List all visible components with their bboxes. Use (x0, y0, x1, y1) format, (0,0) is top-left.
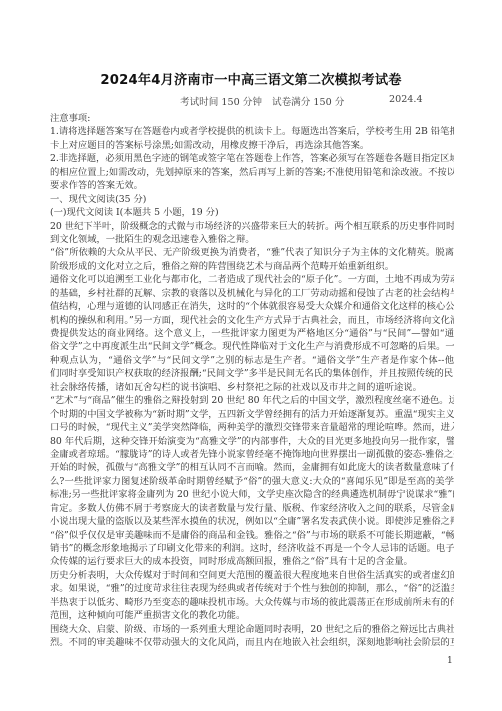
document-page: 2024年4月济南市一中高三语文第二次模拟考试卷 考试时间 150 分钟 试卷满… (0, 0, 502, 711)
text-line: “俗”似乎仅仅是审美趣味而不是庸俗的商品和金钱。雅俗之“俗”与市场的联系不可能长… (50, 529, 454, 542)
text-line: (一)现代文阅读 I(本题共 5 小题，19 分) (50, 206, 454, 219)
text-line: 2.非选择题，必须用黑色字迹的钢笔或签字笔在答题卷上作答，答案必须写在答题卷各题… (50, 152, 454, 165)
text-line: 费提供发达的商业网络。这个意义上，一些批评家力图更为严格地区分“通俗”与“民间”… (50, 327, 454, 340)
text-line: 口号的时候，“现代主义”美学突然降临，两种美学的激烈交锋带来音量超常的理论喧哗。… (50, 421, 454, 434)
exam-duration: 考试时间 150 分钟 (180, 94, 262, 108)
text-line: 80 年代后期，这种交锋开始演变为“高雅文学”的内部事件，大众的目光更多地投向另… (50, 435, 454, 448)
text-line: 半热衷于以低劣、畸形乃至变态的趣味投机市场。大众传媒与市场的彼此震荡正在形成前所… (50, 596, 454, 609)
page-number: 1 (447, 656, 453, 666)
text-line: 历史分析表明，大众传媒对于时间和空间更大范围的覆盖很大程度地来自世俗生活真实的或… (50, 569, 454, 582)
text-line: 到文化领域，一批陌生的观念迅速卷入雅俗之辩。 (50, 233, 454, 246)
text-line: 们同时享受知识产权获取的经济报酬;“民间文学”多半是民间无名氏的集体创作，并且按… (50, 367, 454, 380)
text-line: 么?一些批评家力图复述阶级革命时期曾经赋予“俗”的强大意义:大众的“喜闻乐见”即… (50, 475, 454, 488)
exam-date: 2024.4 (389, 94, 423, 105)
text-line: 围绕大众、启蒙、阶级、市场的一系列重大理论命题同时表明，20 世纪之后的雅俗之辩… (50, 623, 454, 636)
text-line: 注意事项: (50, 112, 454, 125)
document-body: 注意事项:1.请将选择题答案写在答题卷内或者学校提供的机读卡上。每题选出答案后，… (50, 112, 454, 650)
text-line: 通俗文化可以追溯至工业化与都市化，二者造成了现代社会的“原子化”。一方面，土地不… (50, 273, 454, 286)
text-line: 的基础，乡村社群的瓦解、宗教的衰落以及机械化与异化的工厂劳动动摇和侵蚀了古老的社… (50, 287, 454, 300)
text-line: 种观点认为，“通俗文学”与“民间文学”之别的标志是生产者。“通俗文学”生产者是作… (50, 354, 454, 367)
text-line: 俗文学”之中再度派生出“民间文学”概念。现代性降临对于文化生产与消费形成不可忽略… (50, 340, 454, 353)
text-line: 阶级形成的文化对立之后，雅俗之辩的阵营围绕艺术与商品两个范畴开始重新组织。 (50, 260, 454, 273)
text-line: 社会脉络传播，诸如瓦舍勾栏的说书演唱、乡村祭祀之际的社戏以及市井之间的道听途说。 (50, 381, 454, 394)
exam-total-score: 试卷满分 150 分 (272, 94, 344, 108)
text-line: 一、现代文阅读(35 分) (50, 193, 454, 206)
text-line: 肯定。多数人仿佛不屑于考察庞大的读者数量与发行量、版税、作家经济收入之间的联系，… (50, 502, 454, 515)
text-line: 小说出现大量的盗版以及某些浑水摸鱼的状况，例如以“全庸”署名发表武侠小说。即使涉… (50, 515, 454, 528)
text-line: 众传媒的运行要求巨大的成本投资，同时形成高额回报，雅俗之“俗”具有十足的含金量。 (50, 555, 454, 568)
text-line: 机构的操纵和利用。”另一方面，现代社会的文化生产方式异于古典社会，而且，市场经济… (50, 314, 454, 327)
text-line: 金庸或者琼瑶。“朦胧诗”的诗人或者先锋小说家曾经毫不掩饰地向世界摆出一副孤傲的姿… (50, 448, 454, 461)
text-line: 开始的时候，孤傲与“高雅文学”的相互认同不言而喻。然而，金庸拥有如此庞大的读者数… (50, 461, 454, 474)
text-line: 值结构，心理与道德的认同感正在消失，这时的“个体就很容易受大众媒介和通俗文化这样… (50, 300, 454, 313)
exam-title: 2024年4月济南市一中高三语文第二次模拟考试卷 (0, 69, 502, 88)
text-line: 销书”的概念形象地揭示了印刷文化带来的利润。这时，经济收益不再是一个令人忌讳的话… (50, 542, 454, 555)
text-line: 范围，这种倾向可能严重损害文化的教化功能。 (50, 609, 454, 622)
text-line: 卡上对应题目的答案标号涂黑;如需改动，用橡皮擦干净后，再选涂其他答案。 (50, 139, 454, 152)
text-line: “俗”所依赖的大众从平民、无产阶级更换为消费者，“雅”代表了知识分子为主体的文化… (50, 246, 454, 259)
text-line: 标准;另一些批评家将金庸列为 20 世纪小说大师，文学史座次隐含的经典遴选机制毋… (50, 488, 454, 501)
text-line: 个时期的中国文学被称为“新时期”文学，五四新文学曾经拥有的活力开始逐渐复苏。重温… (50, 408, 454, 421)
text-line: 1.请将选择题答案写在答题卷内或者学校提供的机读卡上。每题选出答案后，学校考生用… (50, 125, 454, 138)
text-line: 求。如果说，“雅”的过度苛求往往表现为经典或者传统对于个性与独创的抑制，那么，“… (50, 582, 454, 595)
text-line: 的相应位置上;如需改动，先划掉原来的答案，然后再写上新的答案;不准使用铅笔和涂改… (50, 166, 454, 179)
text-line: 烈。不同的审美趣味不仅带动强大的文化风尚，而且内在地嵌入社会组织，深刻地影响社会… (50, 636, 454, 649)
text-line: 20 世纪下半叶，阶级概念的式微与市场经济的兴盛带来巨大的转折。两个相互联系的历… (50, 220, 454, 233)
text-line: 要求作答的答案无效。 (50, 179, 454, 192)
text-line: “艺术”与“商品”催生的雅俗之辩投射到 20 世纪 80 年代之后的中国文学，激… (50, 394, 454, 407)
